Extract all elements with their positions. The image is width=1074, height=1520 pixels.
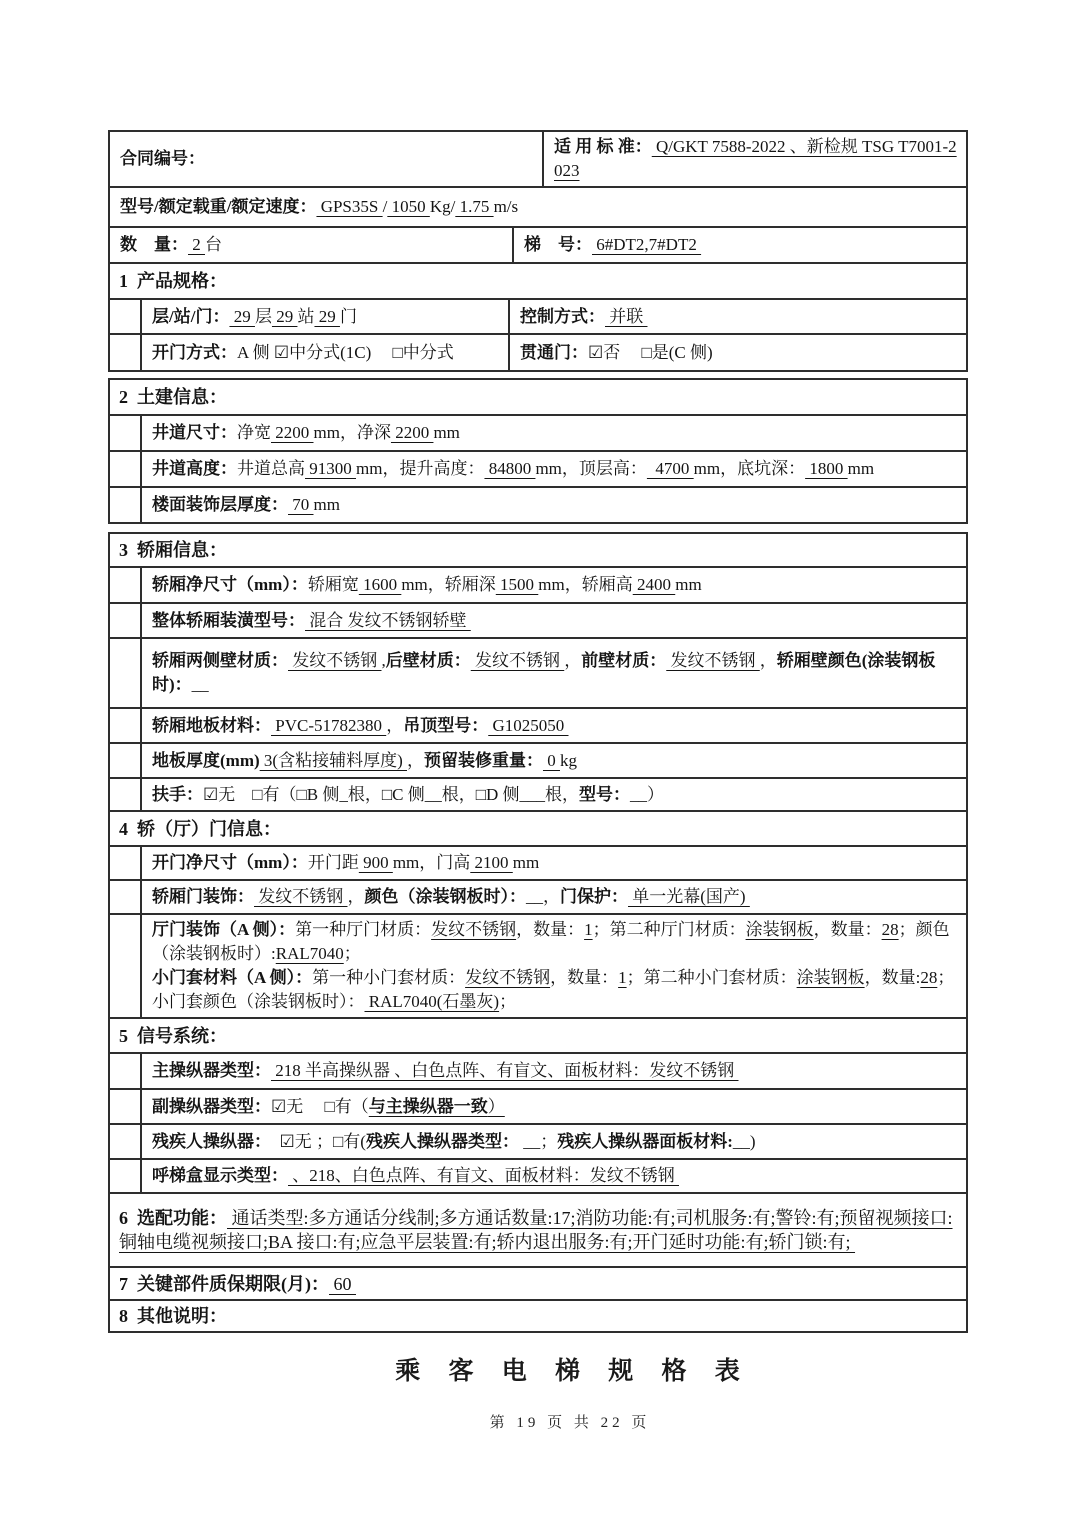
- row-car-door-decoration: 轿厢门装饰： 发纹不锈钢 ，颜色（涂装钢板时）：__，门保护： 单一光幕(国产): [110, 881, 966, 915]
- text-segment: 1500: [496, 575, 539, 594]
- text-segment: 2 土建信息：: [119, 387, 227, 407]
- text-segment: 第一种厅门材质：: [295, 920, 431, 939]
- checkbox-through-door-yes: □是(C 侧): [642, 343, 713, 362]
- text-segment: ，数量:: [865, 968, 921, 987]
- specification-document: 合同编号： 适 用 标 准： Q/GKT 7588-2022 、新检规 TSG …: [108, 130, 968, 1432]
- text-segment: ，: [407, 751, 424, 770]
- indent-cell: [110, 639, 140, 707]
- cell-section-signal-system: 5 信号系统：: [110, 1019, 966, 1052]
- checkbox-center-open-1c: ☑中分式(1C): [274, 343, 371, 362]
- text-segment: 发纹不锈钢: [666, 651, 760, 670]
- section-civil-info-title: 2 土建信息：: [119, 385, 958, 409]
- text-segment: 5 信号系统：: [119, 1026, 227, 1046]
- text-segment: 6 选配功能：: [119, 1208, 227, 1228]
- checkbox-through-door-no: ☑否: [588, 343, 620, 362]
- row-car-decoration-model: 整体轿厢装潢型号： 混合 发纹不锈钢轿壁: [110, 604, 966, 639]
- text-segment: 2: [188, 235, 205, 254]
- text-segment: 单一光幕(国产): [628, 887, 750, 906]
- row-section-car-info: 3 轿厢信息：: [110, 534, 966, 568]
- text-segment: ，数量：: [516, 920, 584, 939]
- text-segment: 2400: [633, 575, 676, 594]
- row-section-door-info: 4 轿（厅）门信息：: [110, 812, 966, 847]
- text-segment: ）: [488, 1097, 505, 1116]
- text-segment: ，数量：: [814, 920, 882, 939]
- disabled-cop-text: 残疾人操纵器： ☑无 ；□有(残疾人操纵器类型： __；残疾人操纵器面板材料:_…: [152, 1130, 958, 1154]
- text-segment: 、218、白色点阵、有盲文、面板材料：发纹不锈钢: [288, 1166, 679, 1185]
- text-segment: 轿厢门装饰：: [152, 887, 254, 906]
- cell-floor-thickness-weight: 地板厚度(mm) 3(含粘接辅料厚度) ，预留装修重量： 0 kg: [140, 744, 966, 777]
- cell-section-car-info: 3 轿厢信息：: [110, 534, 966, 566]
- text-segment: 吊顶型号：: [403, 716, 488, 735]
- text-segment: 开门方式：: [152, 343, 237, 362]
- text-segment: 8 其他说明：: [119, 1306, 227, 1326]
- text-segment: 2200: [271, 423, 314, 442]
- row-door-opening-dimensions: 开门净尺寸（mm）：开门距 900 mm，门高 2100 mm: [110, 847, 966, 881]
- cell-section-door-info: 4 轿（厅）门信息：: [110, 812, 966, 845]
- text-segment: mm: [314, 495, 340, 514]
- text-segment: 发纹不锈钢: [254, 887, 348, 906]
- indent-cell: [110, 604, 140, 637]
- indent-cell: [110, 779, 140, 810]
- text-segment: m/s: [494, 197, 519, 216]
- cell-main-cop-type: 主操纵器类型： 218 半高操纵器 、白色点阵、有盲文、面板材料：发纹不锈钢: [140, 1054, 966, 1088]
- text-segment: __: [192, 675, 209, 694]
- model-load-speed-text: 型号/额定载重/额定速度： GPS35S / 1050 Kg/ 1.75 m/s: [120, 195, 958, 219]
- text-segment: 7 关键部件质保期限(月)：: [119, 1274, 329, 1294]
- section-door-info-title: 4 轿（厅）门信息：: [119, 817, 958, 841]
- checkbox-disabled-cop-none: ☑无: [280, 1132, 312, 1151]
- text-segment: ，: [348, 887, 365, 906]
- text-segment: 发纹不锈钢: [471, 651, 565, 670]
- text-segment: 1: [618, 968, 627, 987]
- row-section-civil-info: 2 土建信息：: [110, 380, 966, 416]
- elevator-number-text: 梯 号： 6#DT2,7#DT2: [524, 233, 958, 257]
- row-main-cop-type: 主操纵器类型： 218 半高操纵器 、白色点阵、有盲文、面板材料：发纹不锈钢: [110, 1054, 966, 1090]
- text-segment: 28: [920, 968, 937, 987]
- text-segment: 4 轿（厅）门信息：: [119, 819, 281, 839]
- cell-door-opening-mode: 开门方式：A 侧 ☑中分式(1C) □中分式: [140, 335, 508, 370]
- text-segment: [303, 1097, 324, 1116]
- text-segment: 颜色（涂装钢板时）：: [365, 887, 527, 906]
- row-hall-call-display: 呼梯盒显示类型： 、218、白色点阵、有盲文、面板材料：发纹不锈钢: [110, 1160, 966, 1194]
- page-number: 第 19 页 共 22 页: [108, 1411, 968, 1432]
- row-warranty-period: 7 关键部件质保期限(月)： 60: [110, 1268, 966, 1301]
- text-segment: mm: [848, 459, 874, 478]
- cell-section-civil-info: 2 土建信息：: [110, 380, 966, 414]
- text-segment: 地板厚度(mm): [152, 751, 260, 770]
- row-disabled-cop: 残疾人操纵器： ☑无 ；□有(残疾人操纵器类型： __；残疾人操纵器面板材料:_…: [110, 1125, 966, 1160]
- text-segment: 218 半高操纵器 、白色点阵、有盲文、面板材料：发纹不锈钢: [271, 1061, 739, 1080]
- cell-warranty-period: 7 关键部件质保期限(月)： 60: [110, 1268, 966, 1299]
- row-aux-cop-type: 副操纵器类型：☑无 □有（与主操纵器一致）: [110, 1090, 966, 1125]
- car-door-decoration-text: 轿厢门装饰： 发纹不锈钢 ，颜色（涂装钢板时）：__，门保护： 单一光幕(国产): [152, 885, 958, 909]
- text-segment: mm，提升高度：: [356, 459, 484, 478]
- text-segment: 混合 发纹不锈钢轿壁: [305, 611, 471, 630]
- text-segment: 1.75: [455, 197, 493, 216]
- text-segment: 1050: [387, 197, 430, 216]
- text-segment: 适 用 标 准：: [554, 137, 652, 156]
- text-segment: 井道总高: [237, 459, 305, 478]
- control-mode-text: 控制方式： 并联: [520, 305, 958, 329]
- quantity-text: 数 量： 2 台: [120, 233, 504, 257]
- text-segment: 扶手：: [152, 785, 203, 804]
- text-segment: 数 量：: [120, 235, 188, 254]
- text-segment: 与主操纵器一致: [369, 1097, 488, 1116]
- row-door-opening-mode: 开门方式：A 侧 ☑中分式(1C) □中分式 贯通门：☑否 □是(C 侧): [110, 335, 966, 370]
- text-segment: 层/站/门：: [152, 307, 229, 326]
- cell-shaft-dimensions: 井道尺寸：净宽 2200 mm，净深 2200 mm: [140, 416, 966, 450]
- text-segment: 29: [272, 307, 298, 326]
- cell-hall-door-decoration: 厅门装饰（A 侧）：第一种厅门材质：发纹不锈钢，数量：1；第二种厅门材质：涂装钢…: [140, 915, 966, 1017]
- text-segment: 并联: [605, 307, 648, 326]
- row-floor-thickness-weight: 地板厚度(mm) 3(含粘接辅料厚度) ，预留装修重量： 0 kg: [110, 744, 966, 779]
- checkbox-handrail-yes: □有: [252, 785, 279, 804]
- text-segment: 60: [329, 1274, 356, 1294]
- text-segment: RAL7040: [276, 944, 344, 963]
- text-segment: Kg/: [430, 197, 456, 216]
- text-segment: [620, 343, 641, 362]
- text-segment: 井道高度：: [152, 459, 237, 478]
- text-segment: 小门套材料（A 侧）：: [152, 968, 312, 987]
- text-segment: 70: [288, 495, 314, 514]
- text-segment: 厅门装饰（A 侧）：: [152, 920, 295, 939]
- text-segment: [235, 785, 252, 804]
- document-title: 乘 客 电 梯 规 格 表: [108, 1351, 968, 1387]
- text-segment: ；: [312, 1132, 333, 1151]
- text-segment: ，: [760, 651, 777, 670]
- text-segment: ；第二种小门套材质：: [627, 968, 797, 987]
- text-segment: ，: [386, 716, 403, 735]
- indent-cell: [110, 488, 140, 522]
- cell-floor-finish-thickness: 楼面装饰层厚度： 70 mm: [140, 488, 966, 522]
- text-segment: 84800: [484, 459, 535, 478]
- indent-cell: [110, 452, 140, 486]
- aux-cop-type-text: 副操纵器类型：☑无 □有（与主操纵器一致）: [152, 1095, 958, 1119]
- text-segment: （: [352, 1097, 369, 1116]
- through-door-text: 贯通门：☑否 □是(C 侧): [520, 341, 958, 365]
- row-floors-stops-doors: 层/站/门： 29 层 29 站 29 门 控制方式： 并联: [110, 300, 966, 335]
- door-opening-mode-text: 开门方式：A 侧 ☑中分式(1C) □中分式: [152, 341, 500, 365]
- text-segment: kg: [560, 751, 577, 770]
- text-segment: 涂装钢板: [797, 968, 865, 987]
- text-segment: 4700: [647, 459, 694, 478]
- floor-thickness-weight-text: 地板厚度(mm) 3(含粘接辅料厚度) ，预留装修重量： 0 kg: [152, 749, 958, 773]
- text-segment: 29: [314, 307, 340, 326]
- row-car-dimensions: 轿厢净尺寸（mm）：轿厢宽 1600 mm，轿厢深 1500 mm，轿厢高 24…: [110, 568, 966, 604]
- row-car-floor-ceiling: 轿厢地板材料： PVC-51782380 ，吊顶型号： G1025050: [110, 709, 966, 744]
- text-segment: PVC-51782380: [271, 716, 386, 735]
- handrail-text: 扶手：☑无 □有（□B 侧_根，□C 侧__根，□D 侧___根，型号：__）: [152, 783, 958, 807]
- cell-car-dimensions: 轿厢净尺寸（mm）：轿厢宽 1600 mm，轿厢深 1500 mm，轿厢高 24…: [140, 568, 966, 602]
- text-segment: 梯 号：: [524, 235, 592, 254]
- main-cop-type-text: 主操纵器类型： 218 半高操纵器 、白色点阵、有盲文、面板材料：发纹不锈钢: [152, 1059, 958, 1083]
- car-dimensions-text: 轿厢净尺寸（mm）：轿厢宽 1600 mm，轿厢深 1500 mm，轿厢高 24…: [152, 573, 958, 597]
- text-segment: __，: [526, 887, 560, 906]
- cell-shaft-heights: 井道高度：井道总高 91300 mm，提升高度： 84800 mm，顶层高： 4…: [140, 452, 966, 486]
- text-segment: 主操纵器类型：: [152, 1061, 271, 1080]
- text-segment: 轿厢净尺寸（mm）：: [152, 575, 308, 594]
- indent-cell: [110, 847, 140, 879]
- car-door-signal-table: 3 轿厢信息： 轿厢净尺寸（mm）：轿厢宽 1600 mm，轿厢深 1500 m…: [108, 532, 968, 1333]
- cell-car-floor-ceiling: 轿厢地板材料： PVC-51782380 ，吊顶型号： G1025050: [140, 709, 966, 742]
- cell-car-decoration-model: 整体轿厢装潢型号： 混合 发纹不锈钢轿壁: [140, 604, 966, 637]
- text-segment: 91300: [305, 459, 356, 478]
- text-segment: 前壁材质：: [581, 651, 666, 670]
- cell-model-load-speed: 型号/额定载重/额定速度： GPS35S / 1050 Kg/ 1.75 m/s: [110, 188, 966, 226]
- text-segment: 发纹不锈钢: [465, 968, 550, 987]
- text-segment: mm，门高: [393, 853, 470, 872]
- text-segment: 贯通门：: [520, 343, 588, 362]
- text-segment: ；: [499, 992, 516, 1011]
- text-segment: 预留装修重量：: [424, 751, 543, 770]
- text-segment: 3 轿厢信息：: [119, 540, 227, 560]
- text-segment: 井道尺寸：: [152, 423, 237, 442]
- row-shaft-heights: 井道高度：井道总高 91300 mm，提升高度： 84800 mm，顶层高： 4…: [110, 452, 966, 488]
- text-segment: [371, 343, 392, 362]
- text-segment: mm，顶层高：: [535, 459, 646, 478]
- row-shaft-dimensions: 井道尺寸：净宽 2200 mm，净深 2200 mm: [110, 416, 966, 452]
- text-segment: 900: [359, 853, 393, 872]
- indent-cell: [110, 1054, 140, 1088]
- cell-floors-stops-doors: 层/站/门： 29 层 29 站 29 门: [140, 300, 508, 333]
- cell-car-door-decoration: 轿厢门装饰： 发纹不锈钢 ，颜色（涂装钢板时）：__，门保护： 单一光幕(国产): [140, 881, 966, 913]
- text-segment: 6#DT2,7#DT2: [592, 235, 701, 254]
- text-segment: 轿厢宽: [308, 575, 359, 594]
- other-notes-text: 8 其他说明：: [119, 1304, 958, 1328]
- text-segment: 副操纵器类型：: [152, 1097, 271, 1116]
- text-segment: 控制方式：: [520, 307, 605, 326]
- text-segment: 净宽: [237, 423, 271, 442]
- cell-disabled-cop: 残疾人操纵器： ☑无 ；□有(残疾人操纵器类型： __；残疾人操纵器面板材料:_…: [140, 1125, 966, 1158]
- text-segment: 3(含粘接辅料厚度): [260, 751, 407, 770]
- text-segment: 开门距: [308, 853, 359, 872]
- indent-cell: [110, 744, 140, 777]
- door-opening-dimensions-text: 开门净尺寸（mm）：开门距 900 mm，门高 2100 mm: [152, 851, 958, 875]
- text-segment: __）: [630, 785, 664, 804]
- checkbox-aux-cop-yes: □有: [325, 1097, 352, 1116]
- indent-cell: [110, 416, 140, 450]
- text-segment: G1025050: [488, 716, 568, 735]
- text-segment: A 侧: [237, 343, 274, 362]
- text-segment: 1800: [805, 459, 848, 478]
- text-segment: mm: [513, 853, 539, 872]
- text-segment: ，: [564, 651, 581, 670]
- checkbox-disabled-cop-yes: □有: [333, 1132, 360, 1151]
- row-contract-standard: 合同编号： 适 用 标 准： Q/GKT 7588-2022 、新检规 TSG …: [110, 132, 966, 188]
- row-other-notes: 8 其他说明：: [110, 1301, 966, 1331]
- text-segment: 层: [255, 307, 272, 326]
- shaft-heights-text: 井道高度：井道总高 91300 mm，提升高度： 84800 mm，顶层高： 4…: [152, 457, 958, 481]
- text-segment: 1 产品规格：: [119, 271, 227, 291]
- text-segment: 轿厢地板材料：: [152, 716, 271, 735]
- text-segment: 发纹不锈钢: [431, 920, 516, 939]
- text-segment: 型号：: [579, 785, 630, 804]
- text-segment: 台: [205, 235, 222, 254]
- text-segment: （□B 侧_根，□C 侧__根，□D 侧___根，: [280, 785, 580, 804]
- cell-optional-functions: 6 选配功能： 通话类型:多方通话分线制;多方通话数量:17;消防功能:有;司机…: [110, 1194, 966, 1266]
- row-handrail: 扶手：☑无 □有（□B 侧_根，□C 侧__根，□D 侧___根，型号：__）: [110, 779, 966, 812]
- text-segment: 型号/额定载重/额定速度：: [120, 197, 316, 216]
- text-segment: 29: [229, 307, 255, 326]
- text-segment: 28: [882, 920, 899, 939]
- hall-call-display-text: 呼梯盒显示类型： 、218、白色点阵、有盲文、面板材料：发纹不锈钢: [152, 1164, 958, 1188]
- text-segment: 楼面装饰层厚度：: [152, 495, 288, 514]
- cell-hall-call-display: 呼梯盒显示类型： 、218、白色点阵、有盲文、面板材料：发纹不锈钢: [140, 1160, 966, 1192]
- text-segment: 门保护：: [560, 887, 628, 906]
- shaft-dimensions-text: 井道尺寸：净宽 2200 mm，净深 2200 mm: [152, 421, 958, 445]
- text-segment: 后壁材质：: [386, 651, 471, 670]
- contract-number-text: 合同编号：: [120, 147, 534, 171]
- indent-cell: [110, 1090, 140, 1123]
- cell-through-door: 贯通门：☑否 □是(C 侧): [508, 335, 966, 370]
- text-segment: 1600: [359, 575, 402, 594]
- indent-cell: [110, 1160, 140, 1192]
- text-segment: mm，底坑深：: [694, 459, 805, 478]
- text-segment: ，数量：: [550, 968, 618, 987]
- row-optional-functions: 6 选配功能： 通话类型:多方通话分线制;多方通话数量:17;消防功能:有;司机…: [110, 1194, 966, 1268]
- row-car-wall-materials: 轿厢两侧壁材质： 发纹不锈钢 ,后壁材质： 发纹不锈钢 ，前壁材质： 发纹不锈钢…: [110, 639, 966, 709]
- text-segment: 残疾人操纵器：: [152, 1132, 263, 1151]
- text-segment: mm: [675, 575, 701, 594]
- cell-car-wall-materials: 轿厢两侧壁材质： 发纹不锈钢 ,后壁材质： 发纹不锈钢 ，前壁材质： 发纹不锈钢…: [140, 639, 966, 707]
- row-quantity-elevator-no: 数 量： 2 台 梯 号： 6#DT2,7#DT2: [110, 228, 966, 264]
- text-segment: mm: [433, 423, 459, 442]
- indent-cell: [110, 709, 140, 742]
- checkbox-center-open: □中分式: [393, 343, 454, 362]
- section-car-info-title: 3 轿厢信息：: [119, 538, 958, 562]
- civil-info-table: 2 土建信息： 井道尺寸：净宽 2200 mm，净深 2200 mm 井道高度：…: [108, 378, 968, 524]
- optional-functions-text: 6 选配功能： 通话类型:多方通话分线制;多方通话数量:17;消防功能:有;司机…: [119, 1206, 958, 1254]
- cell-handrail: 扶手：☑无 □有（□B 侧_根，□C 侧__根，□D 侧___根，型号：__）: [140, 779, 966, 810]
- text-segment: 发纹不锈钢: [288, 651, 382, 670]
- text-segment: 门: [340, 307, 357, 326]
- text-segment: 开门净尺寸（mm）：: [152, 853, 308, 872]
- indent-cell: [110, 300, 140, 333]
- text-segment: 合同编号：: [120, 149, 205, 168]
- warranty-period-text: 7 关键部件质保期限(月)： 60: [119, 1272, 958, 1296]
- cell-control-mode: 控制方式： 并联: [508, 300, 966, 333]
- text-segment: ；: [344, 944, 361, 963]
- hall-door-decoration-text: 厅门装饰（A 侧）：第一种厅门材质：发纹不锈钢，数量：1；第二种厅门材质：涂装钢…: [152, 918, 958, 1014]
- text-segment: 残疾人操纵器类型：: [366, 1132, 519, 1151]
- floors-stops-doors-text: 层/站/门： 29 层 29 站 29 门: [152, 305, 500, 329]
- text-segment: mm，轿厢高: [538, 575, 632, 594]
- applicable-standard-text: 适 用 标 准： Q/GKT 7588-2022 、新检规 TSG T7001-…: [554, 135, 958, 183]
- contract-header-table: 合同编号： 适 用 标 准： Q/GKT 7588-2022 、新检规 TSG …: [108, 130, 968, 372]
- text-segment: 站: [297, 307, 314, 326]
- cell-applicable-standard: 适 用 标 准： Q/GKT 7588-2022 、新检规 TSG T7001-…: [542, 132, 966, 186]
- text-segment: 1: [584, 920, 593, 939]
- checkbox-handrail-none: ☑无: [203, 785, 235, 804]
- row-section-signal-system: 5 信号系统：: [110, 1019, 966, 1054]
- text-segment: mm，净深: [314, 423, 391, 442]
- text-segment: 轿厢两侧壁材质：: [152, 651, 288, 670]
- text-segment: 涂装钢板: [746, 920, 814, 939]
- checkbox-aux-cop-none: ☑无: [271, 1097, 303, 1116]
- car-decoration-model-text: 整体轿厢装潢型号： 混合 发纹不锈钢轿壁: [152, 609, 958, 633]
- section-signal-system-title: 5 信号系统：: [119, 1024, 958, 1048]
- text-segment: 0: [543, 751, 560, 770]
- row-section-product-spec: 1 产品规格：: [110, 264, 966, 300]
- cell-quantity: 数 量： 2 台: [110, 228, 512, 262]
- indent-cell: [110, 1125, 140, 1158]
- text-segment: mm，轿厢深: [401, 575, 495, 594]
- text-segment: 2100: [470, 853, 513, 872]
- car-floor-ceiling-text: 轿厢地板材料： PVC-51782380 ，吊顶型号： G1025050: [152, 714, 958, 738]
- cell-elevator-number: 梯 号： 6#DT2,7#DT2: [512, 228, 966, 262]
- text-segment: __): [733, 1132, 756, 1151]
- cell-aux-cop-type: 副操纵器类型：☑无 □有（与主操纵器一致）: [140, 1090, 966, 1123]
- text-segment: ；第二种厅门材质：: [593, 920, 746, 939]
- row-model-load-speed: 型号/额定载重/额定速度： GPS35S / 1050 Kg/ 1.75 m/s: [110, 188, 966, 228]
- indent-cell: [110, 568, 140, 602]
- text-segment: GPS35S: [316, 197, 382, 216]
- text-segment: 呼梯盒显示类型：: [152, 1166, 288, 1185]
- floor-finish-thickness-text: 楼面装饰层厚度： 70 mm: [152, 493, 958, 517]
- section-product-spec-title: 1 产品规格：: [119, 269, 958, 293]
- indent-cell: [110, 915, 140, 1017]
- text-segment: 第一种小门套材质：: [312, 968, 465, 987]
- text-segment: 2200: [391, 423, 434, 442]
- text-segment: [263, 1132, 280, 1151]
- cell-contract-number: 合同编号：: [110, 132, 542, 186]
- cell-other-notes: 8 其他说明：: [110, 1301, 966, 1331]
- row-floor-finish-thickness: 楼面装饰层厚度： 70 mm: [110, 488, 966, 522]
- text-segment: 整体轿厢装潢型号：: [152, 611, 305, 630]
- text-segment: 残疾人操纵器面板材料:: [557, 1132, 733, 1151]
- text-segment: RAL7040(石墨灰): [365, 992, 500, 1011]
- indent-cell: [110, 335, 140, 370]
- text-segment: __；: [519, 1132, 557, 1151]
- indent-cell: [110, 881, 140, 913]
- cell-door-opening-dimensions: 开门净尺寸（mm）：开门距 900 mm，门高 2100 mm: [140, 847, 966, 879]
- row-hall-door-decoration: 厅门装饰（A 侧）：第一种厅门材质：发纹不锈钢，数量：1；第二种厅门材质：涂装钢…: [110, 915, 966, 1019]
- text-segment: 通话类型:多方通话分线制;多方通话数量:17;消防功能:有;司机服务:有;警铃:…: [119, 1208, 953, 1252]
- cell-section-product-spec: 1 产品规格：: [110, 264, 966, 298]
- car-wall-materials-text: 轿厢两侧壁材质： 发纹不锈钢 ,后壁材质： 发纹不锈钢 ，前壁材质： 发纹不锈钢…: [152, 649, 958, 697]
